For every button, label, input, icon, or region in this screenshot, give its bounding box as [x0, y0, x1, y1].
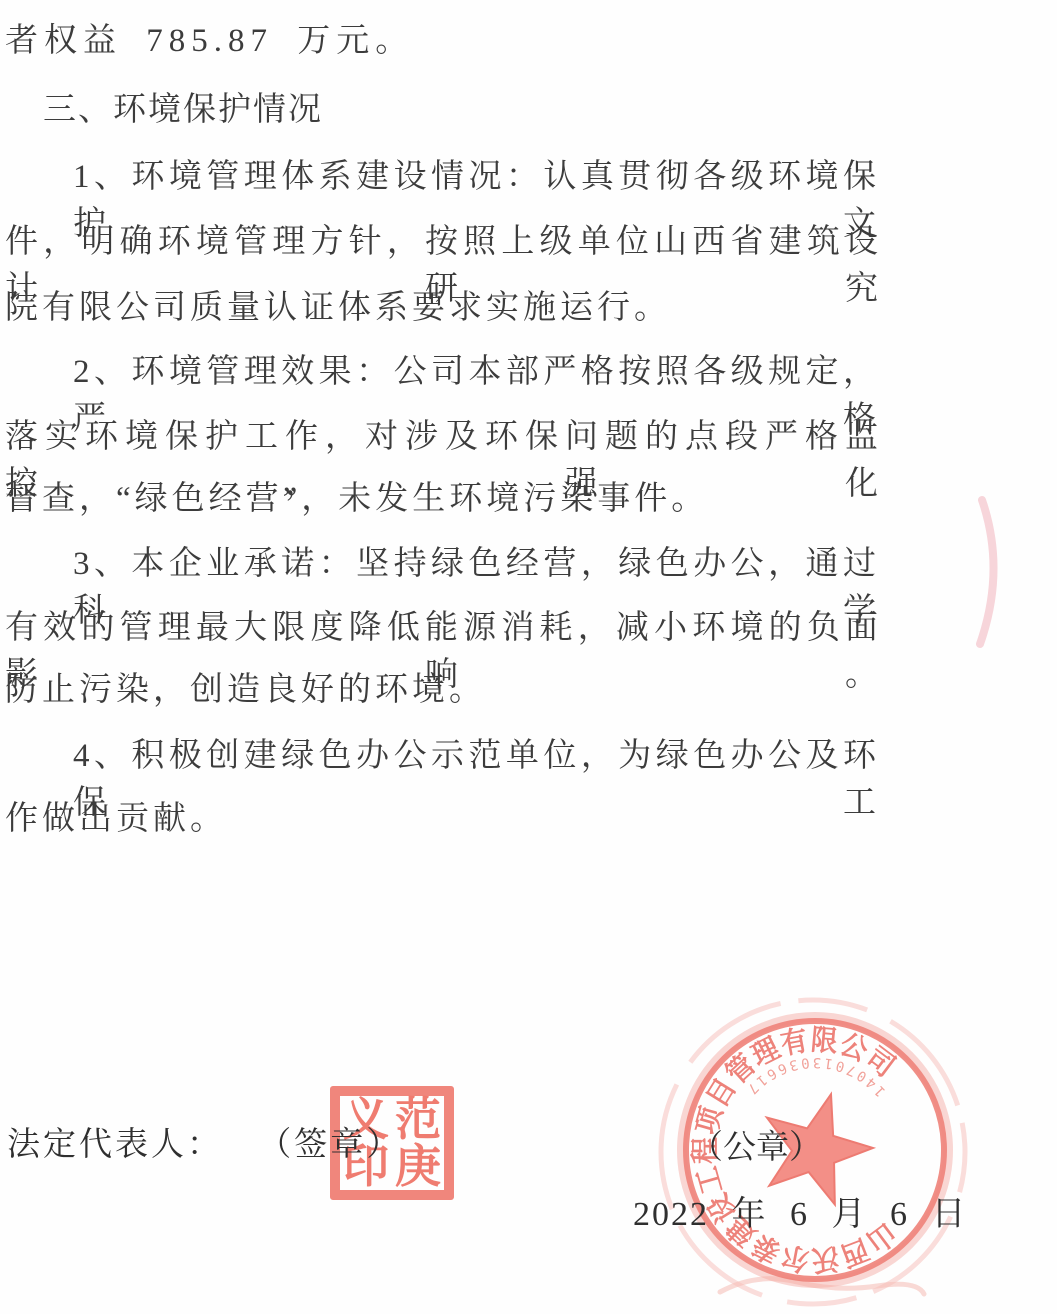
legal-representative-label: 法定代表人：	[7, 1127, 223, 1163]
scanned-document-page: 者权益 785.87 万元。 三、环境保护情况 1、环境管理体系建设情况：认真贯…	[0, 0, 1057, 1314]
document-line: 作做出贡献。	[5, 792, 227, 839]
document-line: 者权益 785.87 万元。	[5, 14, 414, 61]
legal-representative-line: 法定代表人： （签章）	[7, 1118, 402, 1165]
document-date: 2022 年 6 月 6 日	[633, 1186, 968, 1235]
document-line: 督查，“绿色经营”，未发生环境污染事件。	[5, 472, 708, 519]
document-line: 防止污染，创造良好的环境。	[5, 663, 486, 710]
stray-stamp-arc	[970, 492, 1020, 652]
signature-seal-placeholder: （签章）	[258, 1127, 402, 1163]
company-seal-placeholder: （公章）	[690, 1121, 822, 1168]
section-heading: 三、环境保护情况	[43, 83, 323, 130]
document-line: 院有限公司质量认证体系要求实施运行。	[5, 281, 671, 328]
